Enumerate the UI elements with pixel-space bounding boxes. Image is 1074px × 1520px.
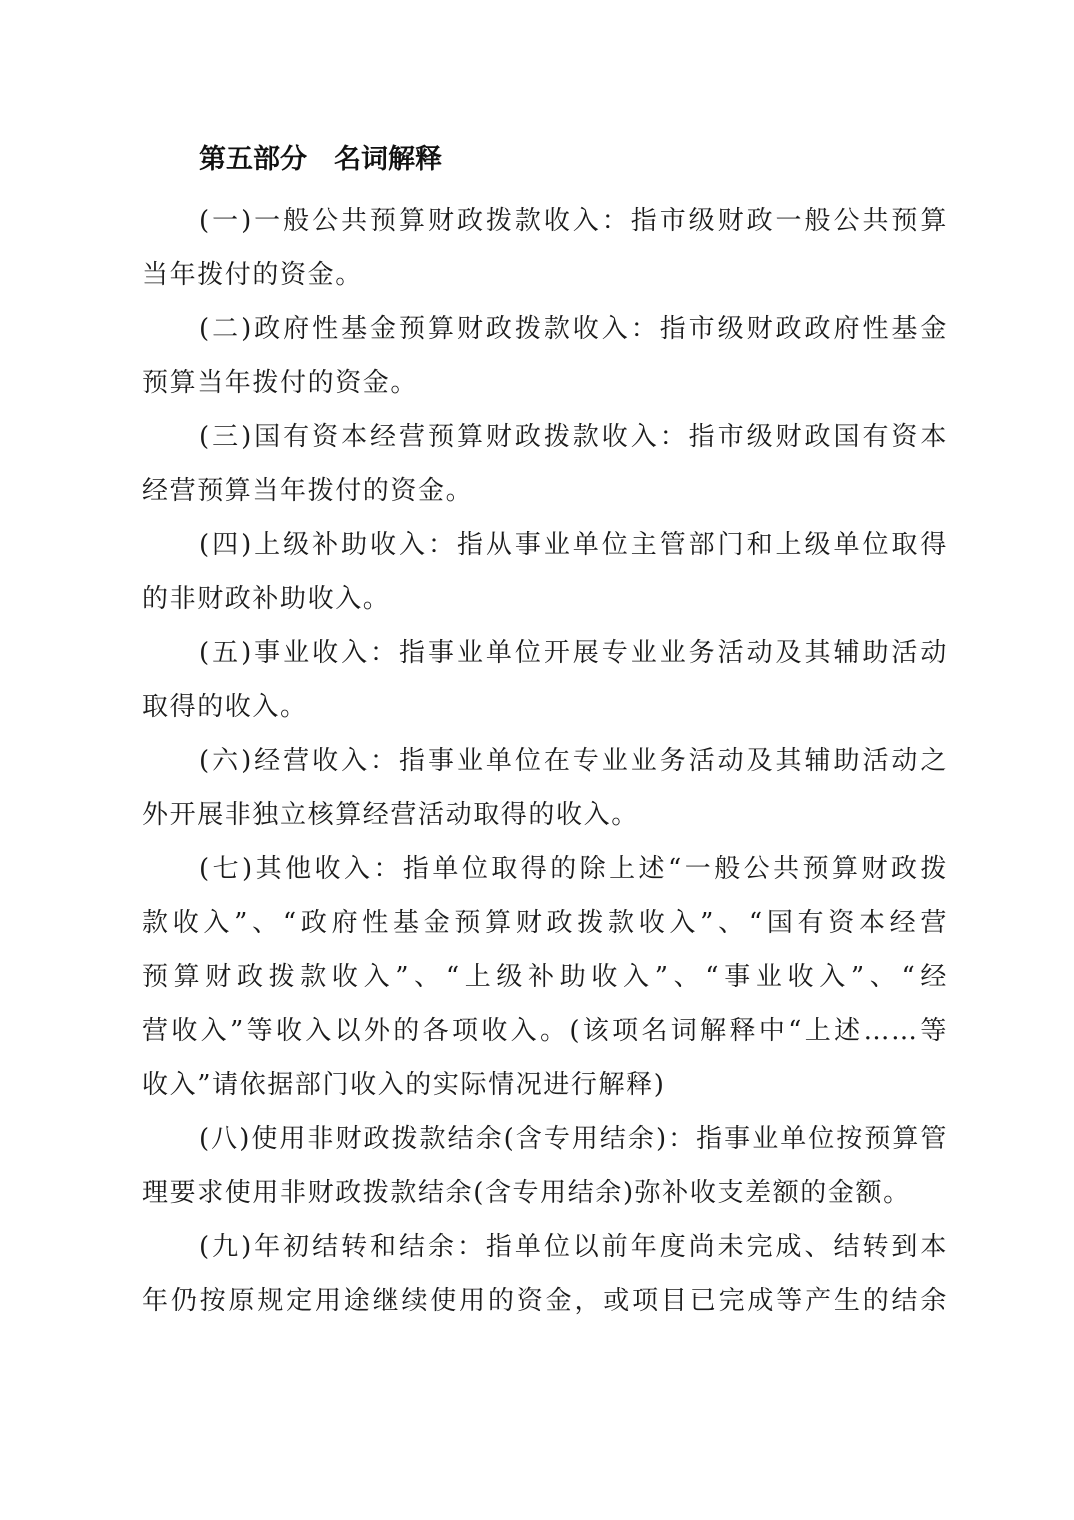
definition-paragraph-6: (六)经营收入：指事业单位在专业业务活动及其辅助活动之 外开展非独立核算经营活动… [142,734,948,842]
paragraph-line: (三)国有资本经营预算财政拨款收入：指市级财政国有资本 [142,410,948,464]
definition-paragraph-9: (九)年初结转和结余：指单位以前年度尚未完成、结转到本 年仍按原规定用途继续使用… [142,1220,948,1328]
section-heading: 第五部分 名词解释 [199,140,948,180]
document-page: 第五部分 名词解释 (一)一般公共预算财政拨款收入：指市级财政一般公共预算 当年… [142,140,948,1328]
paragraph-line: 款收入”、“政府性基金预算财政拨款收入”、“国有资本经营 [142,896,948,950]
paragraph-line: 预算财政拨款收入”、“上级补助收入”、“事业收入”、“经 [142,950,948,1004]
paragraph-line: (五)事业收入：指事业单位开展专业业务活动及其辅助活动 [142,626,948,680]
paragraph-line: (一)一般公共预算财政拨款收入：指市级财政一般公共预算 [142,194,948,248]
paragraph-line: 当年拨付的资金。 [142,248,948,302]
definition-paragraph-7: (七)其他收入：指单位取得的除上述“一般公共预算财政拨 款收入”、“政府性基金预… [142,842,948,1112]
paragraph-line: (四)上级补助收入：指从事业单位主管部门和上级单位取得 [142,518,948,572]
definition-paragraph-5: (五)事业收入：指事业单位开展专业业务活动及其辅助活动 取得的收入。 [142,626,948,734]
paragraph-line: (九)年初结转和结余：指单位以前年度尚未完成、结转到本 [142,1220,948,1274]
definitions-list: (一)一般公共预算财政拨款收入：指市级财政一般公共预算 当年拨付的资金。 (二)… [142,194,948,1328]
paragraph-line: 取得的收入。 [142,680,948,734]
definition-paragraph-3: (三)国有资本经营预算财政拨款收入：指市级财政国有资本 经营预算当年拨付的资金。 [142,410,948,518]
paragraph-line: 外开展非独立核算经营活动取得的收入。 [142,788,948,842]
definition-paragraph-2: (二)政府性基金预算财政拨款收入：指市级财政政府性基金 预算当年拨付的资金。 [142,302,948,410]
paragraph-line: (六)经营收入：指事业单位在专业业务活动及其辅助活动之 [142,734,948,788]
paragraph-line: (七)其他收入：指单位取得的除上述“一般公共预算财政拨 [142,842,948,896]
paragraph-line: 年仍按原规定用途继续使用的资金，或项目已完成等产生的结余 [142,1274,948,1328]
paragraph-line: 经营预算当年拨付的资金。 [142,464,948,518]
definition-paragraph-8: (八)使用非财政拨款结余(含专用结余)：指事业单位按预算管 理要求使用非财政拨款… [142,1112,948,1220]
paragraph-line: (二)政府性基金预算财政拨款收入：指市级财政政府性基金 [142,302,948,356]
paragraph-line: (八)使用非财政拨款结余(含专用结余)：指事业单位按预算管 [142,1112,948,1166]
definition-paragraph-1: (一)一般公共预算财政拨款收入：指市级财政一般公共预算 当年拨付的资金。 [142,194,948,302]
paragraph-line: 营收入”等收入以外的各项收入。(该项名词解释中“上述……等 [142,1004,948,1058]
definition-paragraph-4: (四)上级补助收入：指从事业单位主管部门和上级单位取得 的非财政补助收入。 [142,518,948,626]
paragraph-line: 预算当年拨付的资金。 [142,356,948,410]
paragraph-line: 理要求使用非财政拨款结余(含专用结余)弥补收支差额的金额。 [142,1166,948,1220]
paragraph-line: 收入”请依据部门收入的实际情况进行解释) [142,1058,948,1112]
paragraph-line: 的非财政补助收入。 [142,572,948,626]
